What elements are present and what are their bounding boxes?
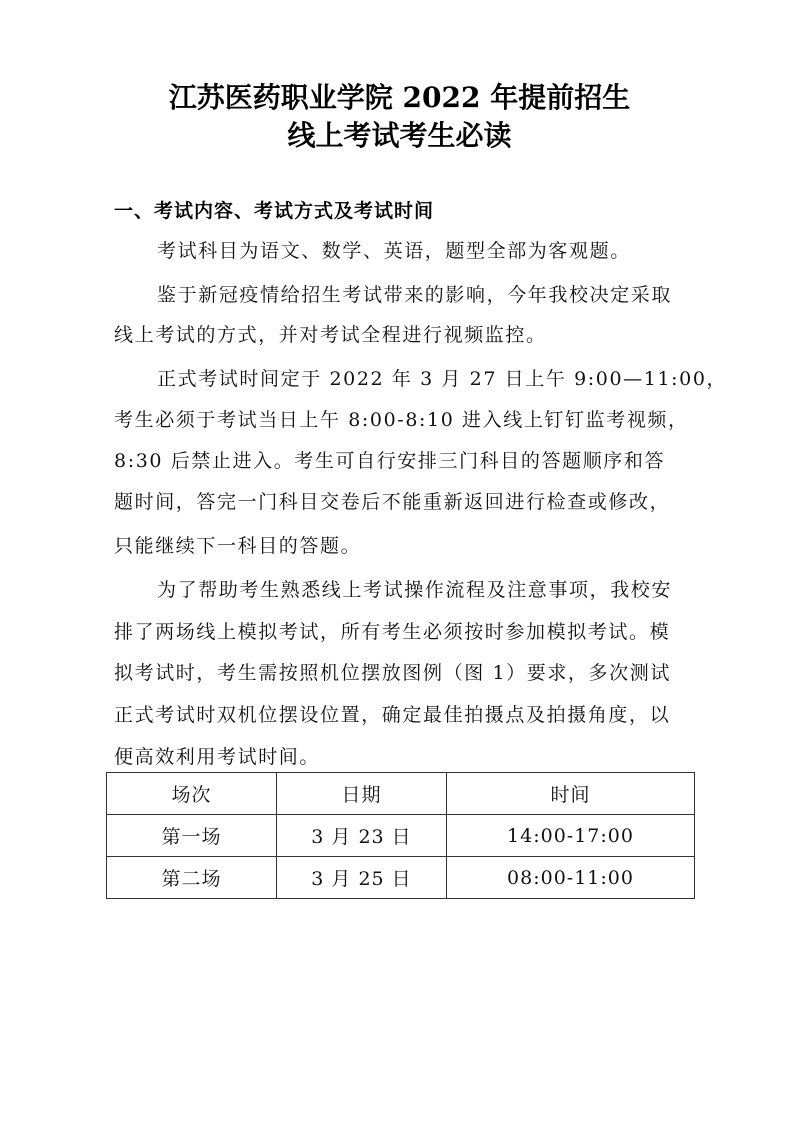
table-row: 第二场 3 月 25 日 08:00-11:00 <box>107 857 695 899</box>
paragraph-line: 题时间，答完一门科目交卷后不能重新返回进行检查或修改， <box>114 487 694 514</box>
paragraph-line: 考生必须于考试当日上午 8:00-8:10 进入线上钉钉监考视频， <box>114 405 694 432</box>
document-title-line-1: 江苏医药职业学院 2022 年提前招生 <box>0 76 799 116</box>
paragraph-line: 排了两场线上模拟考试，所有考生必须按时参加模拟考试。模 <box>114 617 694 644</box>
paragraph-line: 正式考试时间定于 2022 年 3 月 27 日上午 9:00—11:00， <box>157 364 737 391</box>
table-row: 第一场 3 月 23 日 14:00-17:00 <box>107 815 695 857</box>
header-time: 时间 <box>447 773 695 815</box>
paragraph-line: 8:30 后禁止进入。考生可自行安排三门科目的答题顺序和答 <box>114 446 694 473</box>
table-header-row: 场次 日期 时间 <box>107 773 695 815</box>
paragraph-line: 正式考试时双机位摆设位置，确定最佳拍摄点及拍摄角度，以 <box>114 700 694 727</box>
paragraph-line: 为了帮助考生熟悉线上考试操作流程及注意事项，我校安 <box>157 575 737 602</box>
paragraph-line: 拟考试时，考生需按照机位摆放图例（图 1）要求，多次测试 <box>114 658 694 685</box>
cell-date: 3 月 23 日 <box>277 815 447 857</box>
header-date: 日期 <box>277 773 447 815</box>
paragraph-line: 只能继续下一科目的答题。 <box>114 531 694 558</box>
section-heading: 一、考试内容、考试方式及考试时间 <box>114 196 434 223</box>
cell-time: 14:00-17:00 <box>447 815 695 857</box>
mock-exam-schedule-table: 场次 日期 时间 第一场 3 月 23 日 14:00-17:00 第二场 3 … <box>106 772 695 899</box>
paragraph-line: 考试科目为语文、数学、英语，题型全部为客观题。 <box>157 236 737 263</box>
header-session: 场次 <box>107 773 277 815</box>
paragraph-line: 鉴于新冠疫情给招生考试带来的影响，今年我校决定采取 <box>157 280 737 307</box>
document-title-line-2: 线上考试考生必读 <box>0 114 799 154</box>
cell-time: 08:00-11:00 <box>447 857 695 899</box>
paragraph-line: 便高效利用考试时间。 <box>114 742 694 769</box>
paragraph-line: 线上考试的方式，并对考试全程进行视频监控。 <box>114 320 694 347</box>
cell-session: 第一场 <box>107 815 277 857</box>
cell-session: 第二场 <box>107 857 277 899</box>
cell-date: 3 月 25 日 <box>277 857 447 899</box>
